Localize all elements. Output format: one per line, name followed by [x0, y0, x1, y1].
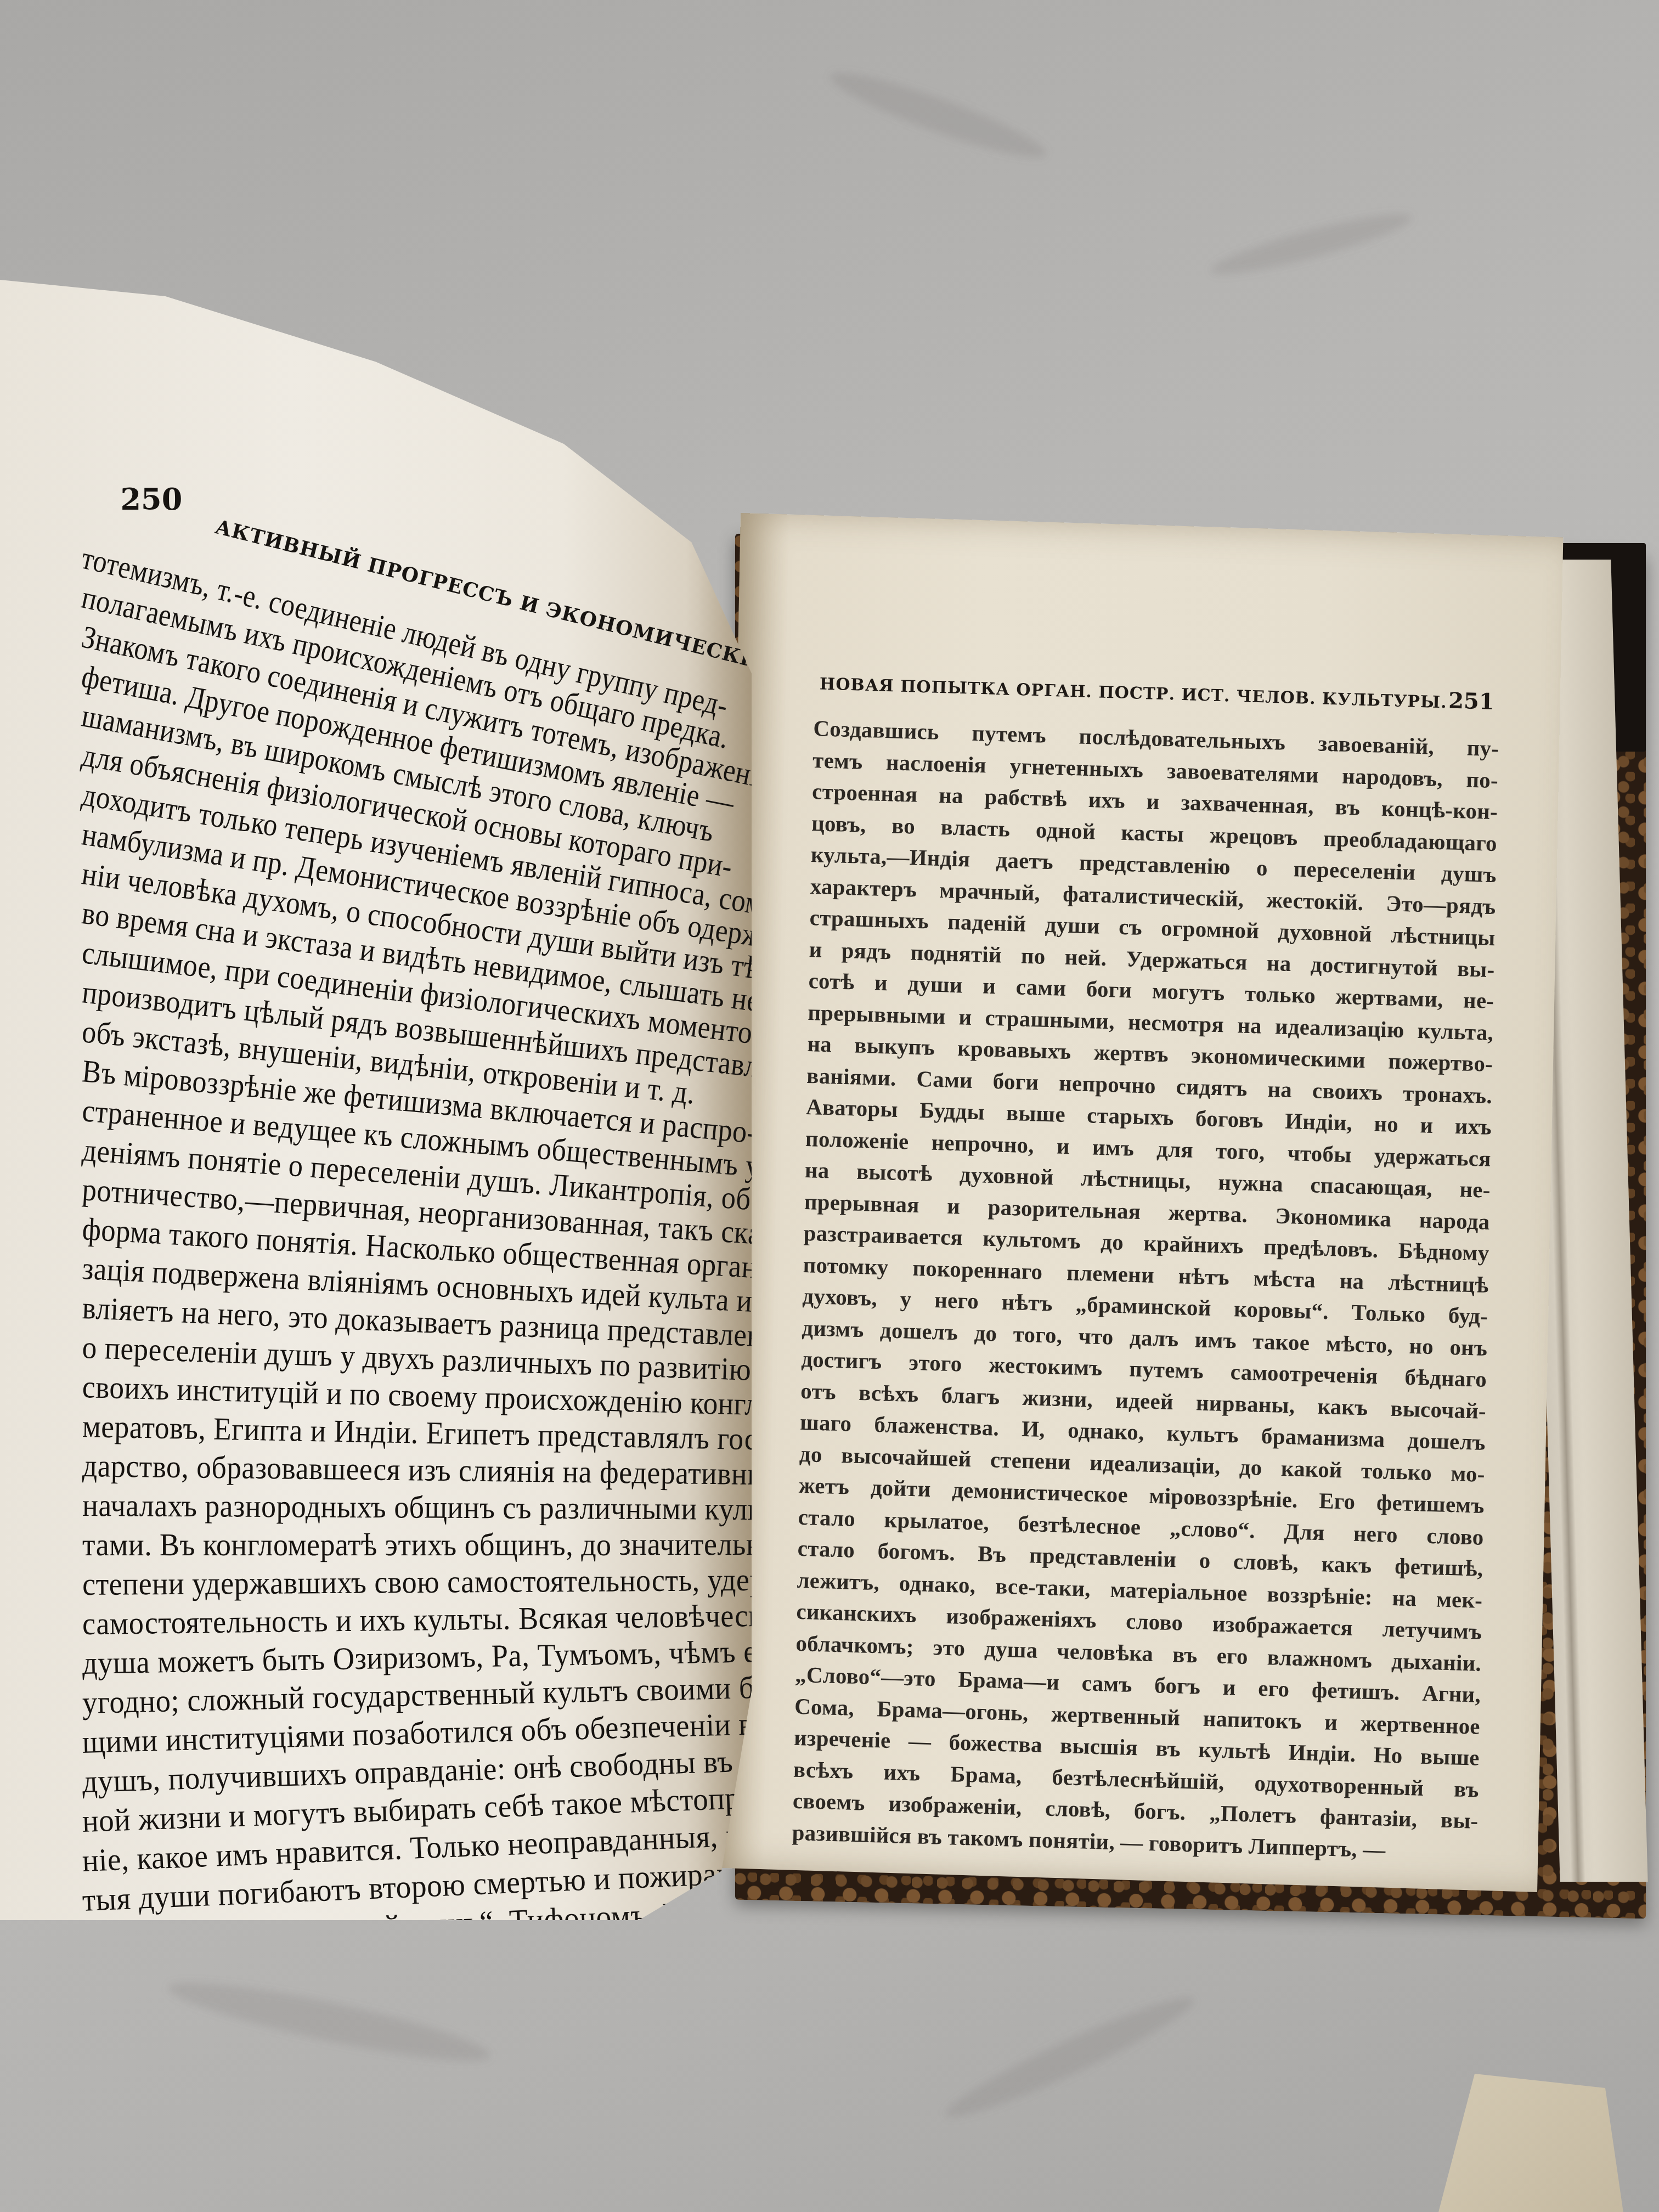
- right-page-body: Создавшись путемъ послѣдовательныхъ заво…: [792, 713, 1499, 1869]
- surface-shadow: [824, 60, 1052, 170]
- running-title: Новая попытка орган. постр. ист. челов. …: [820, 674, 1447, 712]
- left-page[interactable]: 250 Активный прогрессъ и экономическій м…: [0, 280, 752, 1920]
- text-line: тами. Въ конгломератѣ этихъ общинъ, до з…: [82, 1525, 746, 1565]
- surface-shadow: [164, 1968, 494, 2074]
- paper-scrap: [1437, 2074, 1624, 2212]
- page-number: 250: [121, 482, 183, 517]
- page-number: 251: [1448, 687, 1494, 714]
- right-page-header: Новая попытка орган. постр. ист. челов. …: [820, 669, 1494, 714]
- surface-shadow: [1207, 204, 1415, 285]
- text-line: началахъ разнородныхъ общинъ съ различны…: [82, 1486, 745, 1529]
- left-page-body: тотемизмъ, т.-е. соединеніе людей въ одн…: [82, 538, 795, 1960]
- right-page[interactable]: Новая попытка орган. постр. ист. челов. …: [715, 513, 1564, 1892]
- surface-shadow: [939, 1984, 1201, 2130]
